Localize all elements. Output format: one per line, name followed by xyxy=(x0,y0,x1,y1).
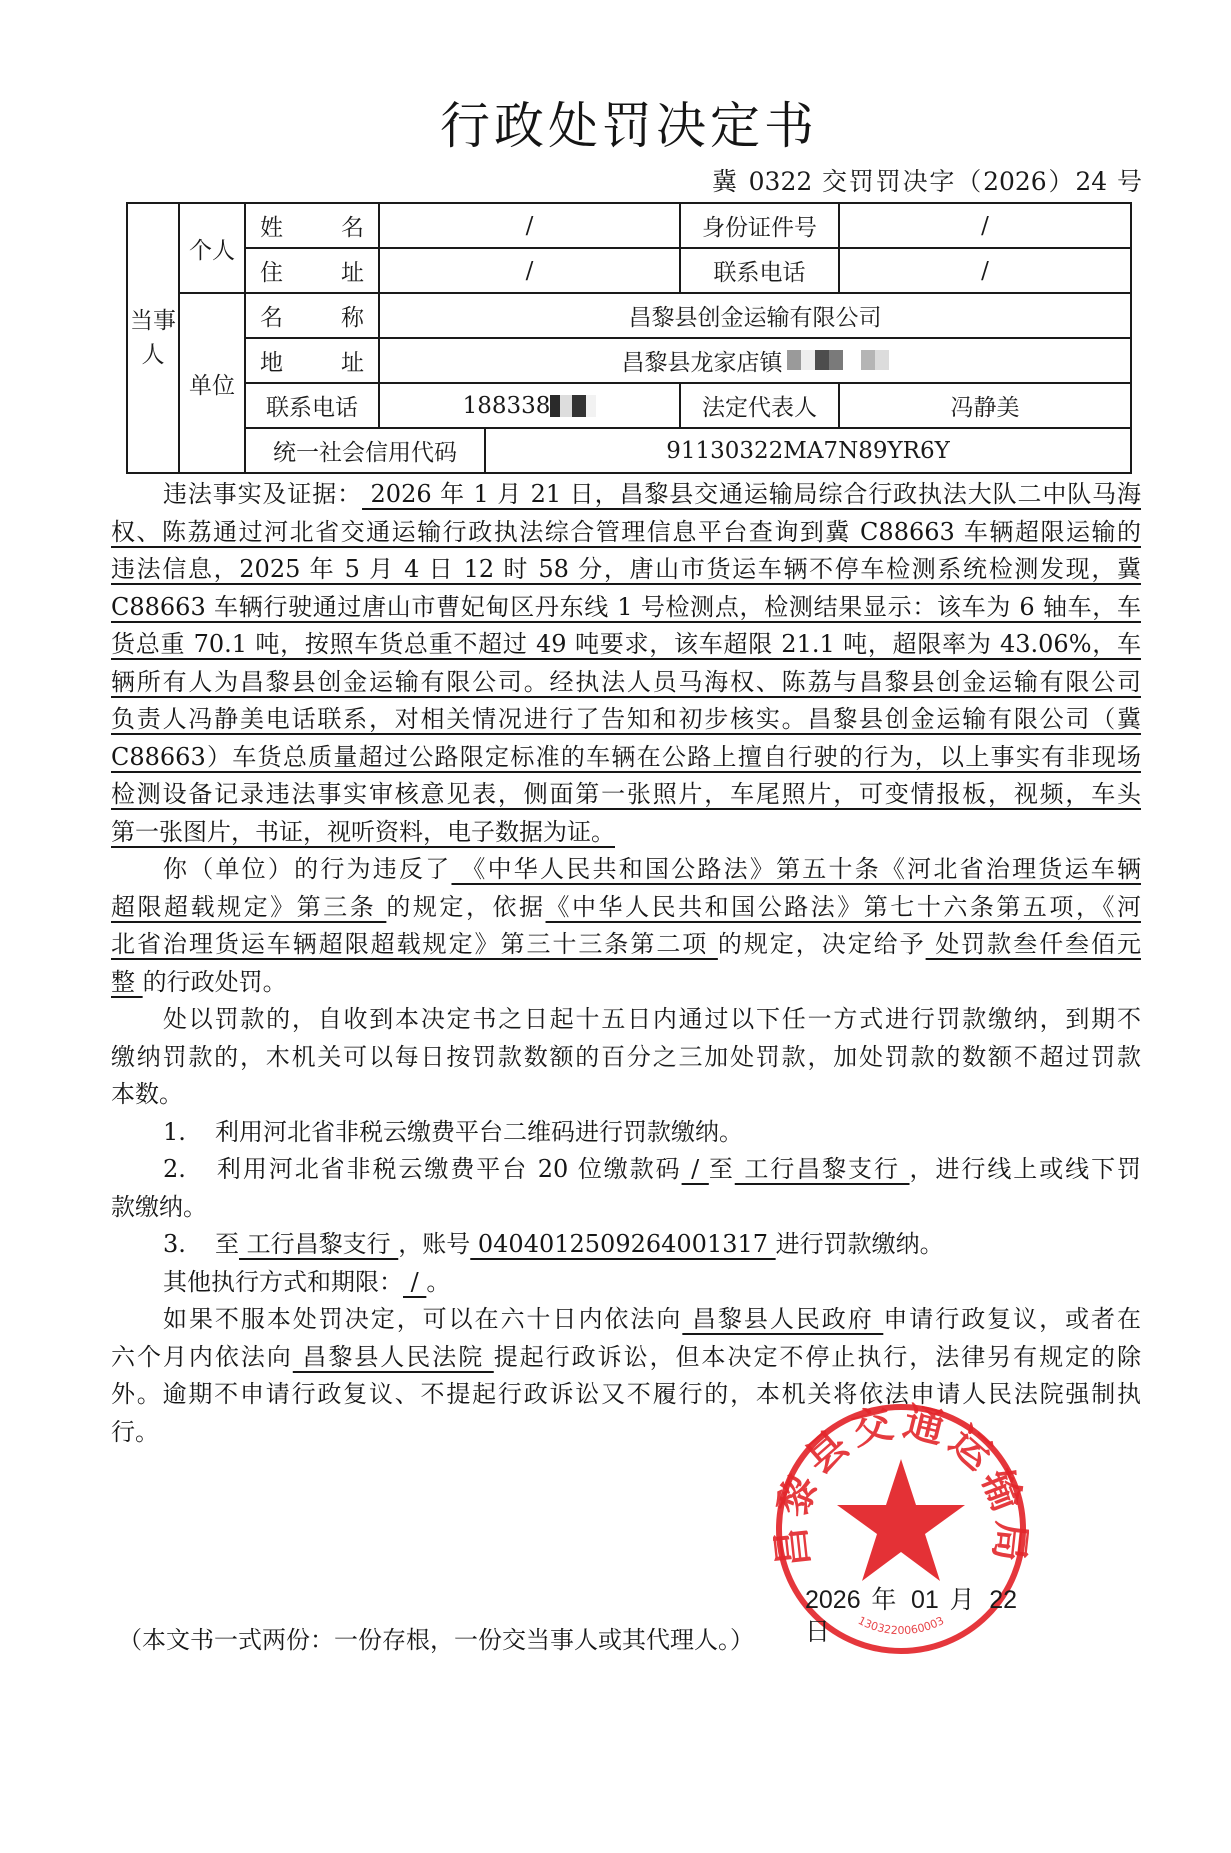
filled-field-text: / xyxy=(403,1268,426,1296)
filled-field-text: 《中华人民共和国公路法》第五十条《河北省治理货运车辆 xyxy=(451,855,1141,883)
individual-address-value: / xyxy=(380,249,681,294)
star-icon xyxy=(837,1459,965,1581)
list-number: 2. xyxy=(163,1151,215,1189)
unit-phone-text: 188338 xyxy=(463,393,551,419)
body-text-segment: 本数。 xyxy=(111,1080,183,1108)
individual-label: 个人 xyxy=(180,204,246,294)
body-text-segment: 利用河北省非税云缴费平台二维码进行罚款缴纳。 xyxy=(215,1118,743,1146)
label-char: 住 xyxy=(260,254,283,287)
body-line: 负责人冯静美电话联系，对相关情况进行了告知和初步核实。昌黎县创金运输有限公司（冀 xyxy=(111,701,1141,739)
body-text-segment: 违法事实及证据： xyxy=(163,480,362,508)
body-text-segment: 你（单位）的行为违反了 xyxy=(163,855,451,883)
body-text-segment: 行。 xyxy=(111,1418,159,1446)
unit-phone-label: 联系电话 xyxy=(246,384,380,429)
individual-id-value: / xyxy=(840,204,1130,249)
filled-field-text: C88663 车辆行驶通过唐山市曹妃甸区丹东线 1 号检测点，检测结果显示：该车… xyxy=(111,593,1141,621)
body-text-segment: 申请行政复议，或者在 xyxy=(883,1305,1141,1333)
body-text-segment: 缴纳罚款的，木机关可以每日按罚款数额的百分之三加处罚款，加处罚款的数额不超过罚款 xyxy=(111,1043,1141,1071)
body-line: 其他执行方式和期限： / 。 xyxy=(111,1264,1141,1302)
filled-field-text: 超限超载规定》第三条 xyxy=(111,893,386,921)
body-line: 如果不服本处罚决定，可以在六十日内依法向 昌黎县人民政府 申请行政复议，或者在 xyxy=(111,1301,1141,1339)
filled-field-text: 负责人冯静美电话联系，对相关情况进行了告知和初步核实。昌黎县创金运输有限公司（冀 xyxy=(111,705,1141,733)
decision-body: 违法事实及证据： 2026 年 1 月 21 日，昌黎县交通运输局综合行政执法大… xyxy=(111,476,1141,1451)
filled-field-text: 2026 年 1 月 21 日，昌黎县交通运输局综合行政执法大队二中队马海 xyxy=(362,480,1141,508)
unit-name-label: 名 称 xyxy=(246,294,380,339)
filled-field-text: 昌黎县人民政府 xyxy=(682,1305,883,1333)
body-text-segment: 的行政处罚。 xyxy=(143,968,287,996)
decision-date: 2026 年 01 月 22 日 xyxy=(805,1584,1017,1648)
body-text-segment: 利用河北省非税云缴费平台 20 位缴款码 xyxy=(215,1155,682,1183)
body-line: 北省治理货运车辆超限超载规定》第三十三条第二项 的规定，决定给予 处罚款叁仟叁佰… xyxy=(111,926,1141,964)
filled-field-text: 货总重 70.1 吨，按照车货总重不超过 49 吨要求，该车超限 21.1 吨，… xyxy=(111,630,1141,658)
body-text-segment: 的规定，决定给予 xyxy=(718,930,926,958)
filled-field-text: / xyxy=(682,1155,709,1183)
body-line: 权、陈荔通过河北省交通运输行政执法综合管理信息平台查询到冀 C88663 车辆超… xyxy=(111,514,1141,552)
filled-field-text: 工行昌黎支行 xyxy=(239,1230,398,1258)
body-line: 款缴纳。 xyxy=(111,1189,1141,1227)
filled-field-text: 《中华人民共和国公路法》第七十六条第五项，《河 xyxy=(546,893,1141,921)
unit-address-value: 昌黎县龙家店镇 xyxy=(380,339,1130,384)
body-text-segment: 款缴纳。 xyxy=(111,1193,207,1221)
body-line: 违法信息，2025 年 5 月 4 日 12 时 58 分，唐山市货运车辆不停车… xyxy=(111,551,1141,589)
body-text-segment: 进行罚款缴纳。 xyxy=(776,1230,944,1258)
body-line: 1.利用河北省非税云缴费平台二维码进行罚款缴纳。 xyxy=(111,1114,1141,1152)
body-text-segment: 如果不服本处罚决定，可以在六十日内依法向 xyxy=(163,1305,682,1333)
body-text-segment: 提起行政诉讼，但本决定不停止执行，法律另有规定的除 xyxy=(494,1343,1141,1371)
filled-field-text: 权、陈荔通过河北省交通运输行政执法综合管理信息平台查询到冀 C88663 车辆超… xyxy=(111,518,1141,546)
filled-field-text: 违法信息，2025 年 5 月 4 日 12 时 58 分，唐山市货运车辆不停车… xyxy=(111,555,1141,583)
filled-field-text: 昌黎县人民法院 xyxy=(293,1343,494,1371)
body-line: 六个月内依法向 昌黎县人民法院 提起行政诉讼，但本决定不停止执行，法律另有规定的… xyxy=(111,1339,1141,1377)
filled-field-text: C88663）车货总质量超过公路限定标准的车辆在公路上擅自行驶的行为，以上事实有… xyxy=(111,743,1141,771)
body-line: 3.至 工行昌黎支行 ，账号 0404012509264001317 进行罚款缴… xyxy=(111,1226,1141,1264)
body-text-segment: 的规定，依据 xyxy=(386,893,545,921)
label-char: 址 xyxy=(341,344,364,377)
label-char: 称 xyxy=(341,299,364,332)
body-line: 整 的行政处罚。 xyxy=(111,964,1141,1002)
filled-field-text: 辆所有人为昌黎县创金运输有限公司。经执法人员马海权、陈荔与昌黎县创金运输有限公司 xyxy=(111,668,1141,696)
body-text-segment: 至 xyxy=(215,1230,239,1258)
unit-address-text: 昌黎县龙家店镇 xyxy=(622,344,783,377)
body-text-segment: ，账号 xyxy=(398,1230,470,1258)
body-line: 辆所有人为昌黎县创金运输有限公司。经执法人员马海权、陈荔与昌黎县创金运输有限公司 xyxy=(111,664,1141,702)
body-line: 缴纳罚款的，木机关可以每日按罚款数额的百分之三加处罚款，加处罚款的数额不超过罚款 xyxy=(111,1039,1141,1077)
body-line: C88663 车辆行驶通过唐山市曹妃甸区丹东线 1 号检测点，检测结果显示：该车… xyxy=(111,589,1141,627)
body-line: C88663）车货总质量超过公路限定标准的车辆在公路上擅自行驶的行为，以上事实有… xyxy=(111,739,1141,777)
unit-phone-value: 188338 xyxy=(380,384,681,429)
body-text-segment: ，进行线上或线下罚 xyxy=(910,1155,1141,1183)
unit-name-value: 昌黎县创金运输有限公司 xyxy=(380,294,1130,339)
credit-code-label: 统一社会信用代码 xyxy=(246,429,486,472)
individual-name-value: / xyxy=(380,204,681,249)
copies-note: （本文书一式两份：一份存根，一份交当事人或其代理人。） xyxy=(118,1625,754,1655)
individual-id-label: 身份证件号 xyxy=(681,204,840,249)
body-line: 本数。 xyxy=(111,1076,1141,1114)
body-line: 第一张图片，书证，视听资料，电子数据为证。 xyxy=(111,814,1141,852)
filled-field-text: 第一张图片，书证，视听资料，电子数据为证。 xyxy=(111,818,615,846)
credit-code-value: 91130322MA7N89YR6Y xyxy=(486,429,1130,472)
label-char: 址 xyxy=(341,254,364,287)
list-number: 1. xyxy=(163,1114,215,1152)
legal-rep-value: 冯静美 xyxy=(840,384,1130,429)
filled-field-text: 检测设备记录违法事实审核意见表，侧面第一张照片，车尾照片，可变情报板，视频，车头 xyxy=(111,780,1141,808)
label-char: 名 xyxy=(260,299,283,332)
filled-field-text: 整 xyxy=(111,968,143,996)
body-line: 违法事实及证据： 2026 年 1 月 21 日，昌黎县交通运输局综合行政执法大… xyxy=(111,476,1141,514)
body-text-segment: 。 xyxy=(426,1268,450,1296)
body-text-segment: 六个月内依法向 xyxy=(111,1343,293,1371)
party-label: 当事 人 xyxy=(128,204,180,472)
filled-field-text: 处罚款叁仟叁佰元 xyxy=(926,930,1141,958)
body-text-segment: 至 xyxy=(709,1155,735,1183)
unit-address-label: 地 址 xyxy=(246,339,380,384)
list-number: 3. xyxy=(163,1226,215,1264)
legal-rep-label: 法定代表人 xyxy=(681,384,840,429)
filled-field-text: 0404012509264001317 xyxy=(470,1230,775,1258)
unit-label: 单位 xyxy=(180,294,246,472)
body-text-segment: 其他执行方式和期限： xyxy=(163,1268,403,1296)
label-char: 名 xyxy=(341,209,364,242)
body-line: 2.利用河北省非税云缴费平台 20 位缴款码 / 至 工行昌黎支行 ，进行线上或… xyxy=(111,1151,1141,1189)
body-line: 货总重 70.1 吨，按照车货总重不超过 49 吨要求，该车超限 21.1 吨，… xyxy=(111,626,1141,664)
individual-phone-label: 联系电话 xyxy=(681,249,840,294)
body-line: 超限超载规定》第三条 的规定，依据《中华人民共和国公路法》第七十六条第五项，《河 xyxy=(111,889,1141,927)
filled-field-text: 北省治理货运车辆超限超载规定》第三十三条第二项 xyxy=(111,930,718,958)
redaction-mosaic xyxy=(550,395,596,417)
body-line: 检测设备记录违法事实审核意见表，侧面第一张照片，车尾照片，可变情报板，视频，车头 xyxy=(111,776,1141,814)
party-info-table: 当事 人 个人 单位 姓 名 / 身份证件号 / 住 址 / 联系电话 / 名 … xyxy=(126,202,1132,474)
label-char: 姓 xyxy=(260,209,283,242)
filled-field-text: 工行昌黎支行 xyxy=(735,1155,910,1183)
body-text-segment: 处以罚款的，自收到本决定书之日起十五日内通过以下任一方式进行罚款缴纳，到期不 xyxy=(163,1005,1141,1033)
body-line: 你（单位）的行为违反了 《中华人民共和国公路法》第五十条《河北省治理货运车辆 xyxy=(111,851,1141,889)
label-char: 地 xyxy=(260,344,283,377)
individual-phone-value: / xyxy=(840,249,1130,294)
individual-address-label: 住 址 xyxy=(246,249,380,294)
party-label-line-1: 当事 xyxy=(130,304,176,338)
body-line: 处以罚款的，自收到本决定书之日起十五日内通过以下任一方式进行罚款缴纳，到期不 xyxy=(111,1001,1141,1039)
redaction-mosaic xyxy=(787,350,889,372)
page-title: 行政处罚决定书 xyxy=(440,96,815,156)
document-number: 冀 0322 交罚罚决字（2026）24 号 xyxy=(712,166,1142,198)
individual-name-label: 姓 名 xyxy=(246,204,380,249)
party-label-line-2: 人 xyxy=(142,338,165,372)
